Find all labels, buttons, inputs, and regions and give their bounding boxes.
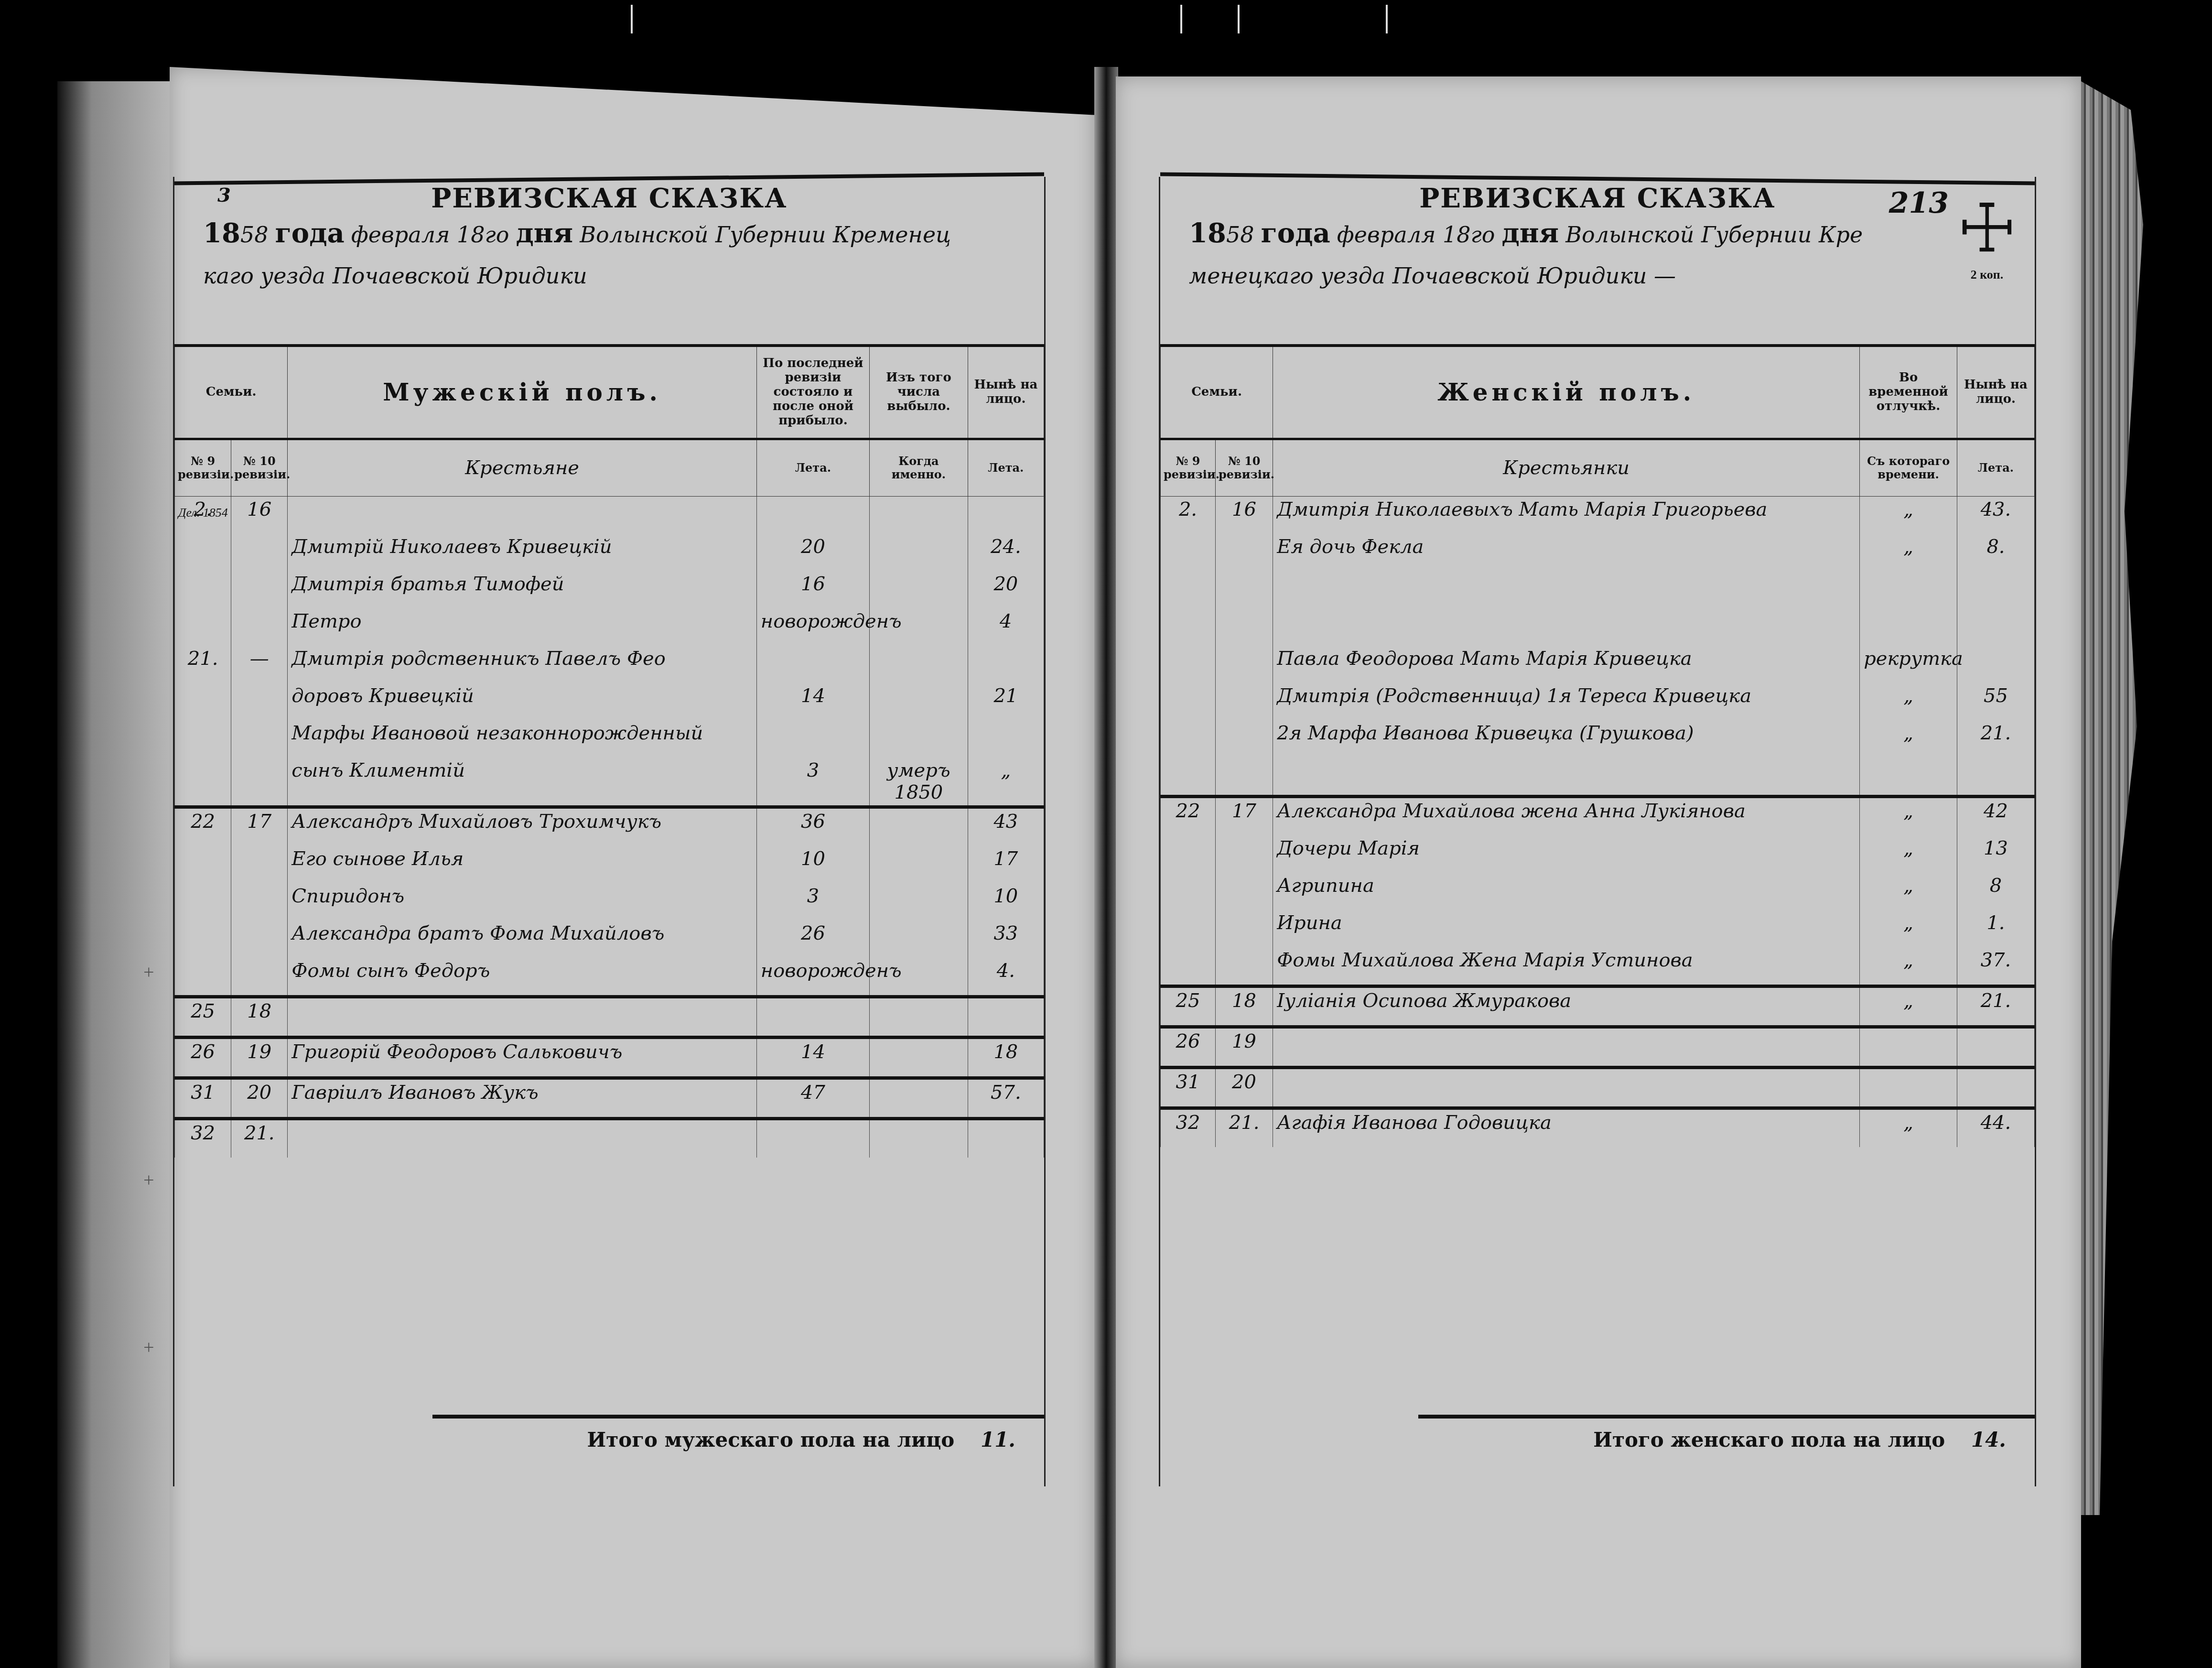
cell-name [288,1118,756,1158]
cell-age-now [1957,1067,2034,1108]
cell-departed-when [870,571,968,608]
cell-rev10 [1215,646,1273,683]
cell-name [288,496,756,534]
place-line: каго уезда Почаевской Юридики [203,263,587,289]
cell-departed-when [870,1037,968,1078]
cell-age-now: 21. [1957,986,2034,1027]
header-current: Нынѣ на лицо. [968,346,1044,439]
cell-rev9 [175,571,231,608]
cell-rev10: 20 [1215,1067,1273,1108]
cell-rev9 [175,534,231,571]
cell-absence-since [1860,1027,1957,1067]
cell-rev10 [1215,608,1273,646]
table-row: Дмитрія братья Тимофей1620 [175,571,1044,608]
total-value: 11. [981,1428,1015,1451]
page-number: 213 [1889,186,1949,220]
table-row: Ея дочь Фекла„8. [1161,534,2035,571]
header-sex: Женскій полъ. [1273,346,1860,439]
cell-rev9 [1161,910,1216,947]
header-absence: Во временной отлучкѣ. [1860,346,1957,439]
cell-name: Агрипина [1273,873,1860,910]
table-row [1161,571,2035,608]
header-rev9: № 9 ревизіи. [1161,439,1216,496]
cell-absence-since: „ [1860,910,1957,947]
cell-age-now [968,720,1044,758]
cell-rev9: 25 [175,996,231,1037]
cell-departed-when [870,1078,968,1118]
table-row: Павла Феодорова Мать Марія Кривецкарекру… [1161,646,2035,683]
form-title: РЕВИЗСКАЯ СКАЗКА [174,183,1044,214]
cell-rev10 [1215,758,1273,797]
cell-age-last-revision: 47 [756,1078,869,1118]
header-absence-since: Съ котораго времени. [1860,439,1957,496]
male-census-form: 3 РЕВИЗСКАЯ СКАЗКА 1858 года февраля 18г… [173,177,1046,1486]
cell-name: Дмитрія братья Тимофей [288,571,756,608]
cell-age-now: 18 [968,1037,1044,1078]
binding-mark [1386,5,1388,33]
cell-age-now: 55 [1957,683,2034,720]
cell-rev9 [175,720,231,758]
margin-cross-mark: + [143,1169,154,1191]
cell-absence-since: „ [1860,1108,1957,1147]
cell-rev10 [231,571,288,608]
table-row: Спиридонъ310 [175,883,1044,921]
cell-departed-when [870,921,968,958]
cell-name: Дмитрія (Родственница) 1я Тереса Кривецк… [1273,683,1860,720]
cell-name: Дмитрія Николаевыхъ Мать Марія Григорьев… [1273,496,1860,534]
cell-absence-since [1860,571,1957,608]
cell-name [288,996,756,1037]
cell-rev10: 20 [231,1078,288,1118]
table-row [1161,608,2035,646]
cell-age-now: 17 [968,846,1044,883]
table-row: Марфы Ивановой незаконнорожденный [175,720,1044,758]
cell-rev9 [1161,646,1216,683]
cell-rev9 [175,921,231,958]
cell-rev10 [231,846,288,883]
table-row: 2518 [175,996,1044,1037]
cell-age-last-revision [756,720,869,758]
table-row: Фомы Михайлова Жена Марія Устинова„37. [1161,947,2035,986]
header-last-revision: По последней ревизіи состояло и после он… [756,346,869,439]
cell-age-now: 8 [1957,873,2034,910]
header-rev9: № 9 ревизіи. [175,439,231,496]
cell-age-now: 21 [968,683,1044,720]
table-row [1161,758,2035,797]
cell-age-now: 4. [968,958,1044,997]
cell-departed-when [870,1118,968,1158]
cell-rev9 [1161,608,1216,646]
margin-cross-mark: + [143,1336,154,1358]
cell-rev10 [231,534,288,571]
table-row: Ирина„1. [1161,910,2035,947]
cell-age-last-revision [756,496,869,534]
cell-name [1273,1067,1860,1108]
cell-rev10 [231,683,288,720]
cell-rev9: 2. [1161,496,1216,534]
date-line: 1858 года февраля 18го дня Волынской Губ… [1189,217,1863,249]
table-row: 2.16Дмитрія Николаевыхъ Мать Марія Григо… [1161,496,2035,534]
cell-name: доровъ Кривецкій [288,683,756,720]
cell-rev10 [231,720,288,758]
cell-rev9 [175,608,231,646]
cell-name [1273,1027,1860,1067]
right-page-edges [2081,81,2143,1515]
cell-rev10 [1215,910,1273,947]
header-rev10: № 10 ревизіи. [231,439,288,496]
table-row: 3221. [175,1118,1044,1158]
cell-rev10 [1215,534,1273,571]
cell-age-last-revision: 36 [756,807,869,846]
table-row: Фомы сынъ Федоръноворожденъ4. [175,958,1044,997]
table-row: 3120Гавріилъ Ивановъ Жукъ4757. [175,1078,1044,1118]
cell-age-now: 42 [1957,796,2034,835]
cell-rev9 [1161,720,1216,758]
cell-rev9 [1161,835,1216,873]
cell-rev10: 21. [231,1118,288,1158]
cell-rev9: 32 [175,1118,231,1158]
table-row: Петроноворожденъ4 [175,608,1044,646]
cell-age-now: 24. [968,534,1044,571]
cell-age-now [968,496,1044,534]
cell-rev10 [231,921,288,958]
cell-age-now: „ [968,758,1044,807]
cell-departed-when [870,683,968,720]
cell-name: 2я Марфа Иванова Кривецка (Грушкова) [1273,720,1860,758]
cell-name: Гавріилъ Ивановъ Жукъ [288,1078,756,1118]
cell-age-now: 1. [1957,910,2034,947]
cell-absence-since: „ [1860,873,1957,910]
cell-rev10: 17 [231,807,288,846]
cell-rev10: 18 [231,996,288,1037]
cell-name: Александръ Михайловъ Трохимчукъ [288,807,756,846]
cell-rev10 [1215,720,1273,758]
cell-rev10 [231,883,288,921]
cell-rev9: 25 [1161,986,1216,1027]
cell-rev10 [231,608,288,646]
margin-cross-mark: + [143,961,154,983]
cell-departed-when [870,646,968,683]
cell-rev10: 18 [1215,986,1273,1027]
table-row: 2217Александра Михайлова жена Анна Лукія… [1161,796,2035,835]
table-row: 2619Григорій Феодоровъ Сальковичъ1418 [175,1037,1044,1078]
book-gutter [1094,67,1118,1668]
header-class: Крестьянки [1273,439,1860,496]
cell-rev9: 31 [175,1078,231,1118]
cell-rev10: 19 [1215,1027,1273,1067]
cell-rev10 [1215,835,1273,873]
binding-mark [1238,5,1240,33]
cell-rev10: 21. [1215,1108,1273,1147]
revenue-stamp: ☩ 2 коп. [1944,191,2030,296]
cell-name: Александра братъ Фома Михайловъ [288,921,756,958]
cell-name: Павла Феодорова Мать Марія Кривецка [1273,646,1860,683]
table-row: 2.16 [175,496,1044,534]
cell-rev10: 17 [1215,796,1273,835]
cell-name: Дмитрій Николаевъ Кривецкій [288,534,756,571]
cell-rev9 [1161,758,1216,797]
cell-rev9: 31 [1161,1067,1216,1108]
cell-age-now [1957,1027,2034,1067]
cell-age-last-revision: 14 [756,683,869,720]
cell-age-last-revision [756,996,869,1037]
female-census-form: РЕВИЗСКАЯ СКАЗКА 213 ☩ 2 коп. 1858 года … [1159,177,2036,1486]
rev9-note: Дел. 1854 [178,506,228,520]
table-row: 3221.Агафія Иванова Годовицка„44. [1161,1108,2035,1147]
cell-rev9 [1161,534,1216,571]
cell-rev10: — [231,646,288,683]
cell-rev9 [1161,571,1216,608]
cell-age-now [968,996,1044,1037]
table-row: доровъ Кривецкій1421 [175,683,1044,720]
table-row: Его сынове Илья1017 [175,846,1044,883]
cell-rev9 [1161,947,1216,986]
header-rev10: № 10 ревизіи. [1215,439,1273,496]
cell-absence-since: „ [1860,835,1957,873]
cell-rev9: 22 [175,807,231,846]
cell-name [1273,571,1860,608]
cell-name: Григорій Феодоровъ Сальковичъ [288,1037,756,1078]
cell-rev10: 19 [231,1037,288,1078]
header-families: Семьи. [1161,346,1273,439]
cell-age-now: 57. [968,1078,1044,1118]
cell-rev10: 16 [1215,496,1273,534]
cell-age-now: 33 [968,921,1044,958]
cell-absence-since: „ [1860,720,1957,758]
cell-age-last-revision: 3 [756,758,869,807]
table-row: 2518Іуліанія Осипова Жмуракова„21. [1161,986,2035,1027]
cell-age-now: 21. [1957,720,2034,758]
cell-name: Петро [288,608,756,646]
cell-rev9: 21. [175,646,231,683]
cell-rev10: 16 [231,496,288,534]
cell-rev9 [1161,873,1216,910]
header-current: Нынѣ на лицо. [1957,346,2034,439]
cell-absence-since: „ [1860,534,1957,571]
cell-age-now: 37. [1957,947,2034,986]
table-row: 21.—Дмитрія родственникъ Павелъ Фео [175,646,1044,683]
cell-age-now [968,646,1044,683]
left-book-edge [57,81,172,1668]
cell-absence-since: „ [1860,496,1957,534]
total-value: 14. [1971,1428,2006,1451]
cell-age-last-revision: 26 [756,921,869,958]
cell-name: Ирина [1273,910,1860,947]
cell-rev9 [175,883,231,921]
document-spread: + + + 3 РЕВИЗСКАЯ СКАЗКА 1858 года февра… [0,0,2212,1668]
header-departed: Изъ того числа выбыло. [870,346,968,439]
cell-age-last-revision: 20 [756,534,869,571]
header-current-years: Лета. [1957,439,2034,496]
cell-name: Его сынове Илья [288,846,756,883]
cell-departed-when: умеръ 1850 [870,758,968,807]
cell-age-now: 13 [1957,835,2034,873]
cell-absence-since [1860,1067,1957,1108]
cell-departed-when [870,883,968,921]
cell-departed-when [870,807,968,846]
table-row: Дмитрія (Родственница) 1я Тереса Кривецк… [1161,683,2035,720]
binding-mark [631,5,633,33]
cell-age-now: 4 [968,608,1044,646]
cell-name: Дмитрія родственникъ Павелъ Фео [288,646,756,683]
cell-name: Агафія Иванова Годовицка [1273,1108,1860,1147]
header-departed-when: Когда именно. [870,439,968,496]
cell-rev10 [1215,947,1273,986]
table-row: 2я Марфа Иванова Кривецка (Грушкова)„21. [1161,720,2035,758]
table-row: 2619 [1161,1027,2035,1067]
cell-rev10 [1215,571,1273,608]
cell-name: Ея дочь Фекла [1273,534,1860,571]
cell-age-now: 20 [968,571,1044,608]
cell-rev10 [231,758,288,807]
cell-age-now [968,1118,1044,1158]
male-total: Итого мужескаго пола на лицо 11. [432,1415,1044,1451]
cell-name: Дочери Марія [1273,835,1860,873]
date-line: 1858 года февраля 18го дня Волынской Губ… [203,217,951,249]
cell-age-now: 44. [1957,1108,2034,1147]
cell-departed-when [870,496,968,534]
cell-name [1273,608,1860,646]
cell-absence-since: рекрутка [1860,646,1957,683]
cell-rev9 [175,758,231,807]
cell-rev10 [231,958,288,997]
cell-rev9: 26 [1161,1027,1216,1067]
table-row: Александра братъ Фома Михайловъ2633 [175,921,1044,958]
female-census-table: Семьи. Женскій полъ. Во временной отлучк… [1160,344,2035,1147]
cell-age-last-revision: новорожденъ [756,608,869,646]
cell-rev9: 26 [175,1037,231,1078]
cell-age-now [1957,571,2034,608]
cell-rev9 [175,958,231,997]
cell-departed-when [870,996,968,1037]
cell-rev10 [1215,873,1273,910]
cell-departed-when [870,720,968,758]
cell-departed-when [870,846,968,883]
table-row: сынъ Климентій3умеръ 1850„ [175,758,1044,807]
cell-rev9 [1161,683,1216,720]
header-last-rev-years: Лета. [756,439,869,496]
cell-absence-since: „ [1860,683,1957,720]
cell-rev9 [175,683,231,720]
cell-absence-since [1860,758,1957,797]
cell-rev10 [1215,683,1273,720]
cell-name: сынъ Климентій [288,758,756,807]
cell-name: Іуліанія Осипова Жмуракова [1273,986,1860,1027]
header-sex: Мужескій полъ. [288,346,756,439]
table-row: Дочери Марія„13 [1161,835,2035,873]
total-label: Итого мужескаго пола на лицо [587,1428,955,1451]
cell-age-last-revision: 14 [756,1037,869,1078]
cell-rev9: 32 [1161,1108,1216,1147]
cell-departed-when [870,534,968,571]
cell-absence-since [1860,608,1957,646]
table-row: Агрипина„8 [1161,873,2035,910]
cell-age-now [1957,608,2034,646]
table-row: 2217Александръ Михайловъ Трохимчукъ3643 [175,807,1044,846]
cell-age-last-revision: 10 [756,846,869,883]
cell-rev9: 22 [1161,796,1216,835]
cell-age-last-revision [756,646,869,683]
cell-rev9 [175,846,231,883]
table-row: 3120 [1161,1067,2035,1108]
cell-age-now: 43 [968,807,1044,846]
cell-absence-since: „ [1860,796,1957,835]
cell-name: Фомы Михайлова Жена Марія Устинова [1273,947,1860,986]
header-current-years: Лета. [968,439,1044,496]
cell-name: Фомы сынъ Федоръ [288,958,756,997]
cell-age-now: 43. [1957,496,2034,534]
cell-name: Марфы Ивановой незаконнорожденный [288,720,756,758]
cell-age-last-revision [756,1118,869,1158]
cell-age-now [1957,646,2034,683]
male-census-table: Семьи. Мужескій полъ. По последней ревиз… [174,344,1044,1158]
cell-name: Александра Михайлова жена Анна Лукіянова [1273,796,1860,835]
cell-age-now: 10 [968,883,1044,921]
cell-age-last-revision: 16 [756,571,869,608]
cell-name [1273,758,1860,797]
cell-age-last-revision: 3 [756,883,869,921]
total-label: Итого женскаго пола на лицо [1593,1428,1945,1451]
header-class: Крестьяне [288,439,756,496]
place-line: менецкаго уезда Почаевской Юридики — [1189,263,1676,289]
double-headed-eagle-icon: ☩ [1944,191,2030,268]
cell-name: Спиридонъ [288,883,756,921]
cell-age-now [1957,758,2034,797]
table-row: Дмитрій Николаевъ Кривецкій2024. [175,534,1044,571]
binding-mark [1180,5,1182,33]
cell-absence-since: „ [1860,947,1957,986]
header-families: Семьи. [175,346,288,439]
stamp-value: 2 коп. [1944,268,2030,282]
cell-age-last-revision: новорожденъ [756,958,869,997]
cell-age-now: 8. [1957,534,2034,571]
cell-absence-since: „ [1860,986,1957,1027]
female-total: Итого женскаго пола на лицо 14. [1418,1415,2035,1451]
